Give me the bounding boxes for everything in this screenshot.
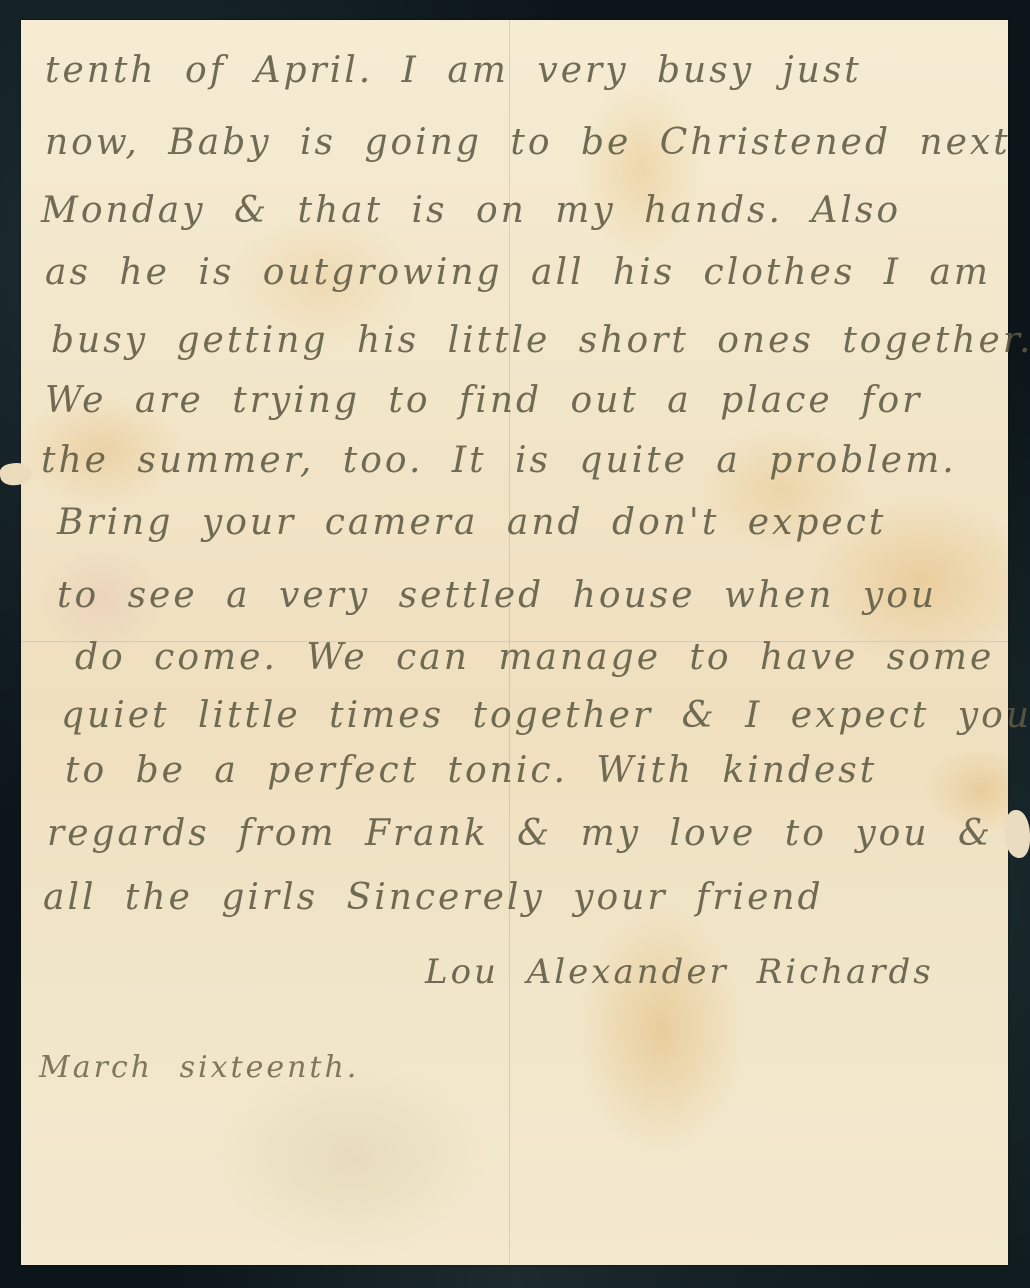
letter-line-9: to see a very settled house when you <box>57 575 937 616</box>
letter-line-4: as he is outgrowing all his clothes I am <box>45 252 991 293</box>
letter-line-2: now, Baby is going to be Christened next <box>45 122 1011 163</box>
torn-edge-right <box>1004 810 1030 858</box>
letter-line-13: regards from Frank & my love to you & <box>47 813 993 854</box>
letter-line-8: Bring your camera and don't expect <box>57 502 886 543</box>
letter-line-6: We are trying to find out a place for <box>45 380 922 421</box>
letter-line-5: busy getting his little short ones toget… <box>51 320 1030 361</box>
letter-line-14: all the girls Sincerely your friend <box>43 877 824 918</box>
dateline: March sixteenth. <box>39 1050 359 1085</box>
letter-line-11: quiet little times together & I expect y… <box>61 695 1030 736</box>
letter-line-7: the summer, too. It is quite a problem. <box>41 440 957 481</box>
letter-page: tenth of April. I am very busy just now,… <box>21 20 1008 1265</box>
signature: Lou Alexander Richards <box>425 952 934 992</box>
letter-line-12: to be a perfect tonic. With kindest <box>65 750 877 791</box>
letter-line-3: Monday & that is on my hands. Also <box>41 190 901 231</box>
letter-line-10: do come. We can manage to have some <box>75 637 994 678</box>
torn-edge-left <box>0 461 33 487</box>
letter-line-1: tenth of April. I am very busy just <box>45 50 862 91</box>
